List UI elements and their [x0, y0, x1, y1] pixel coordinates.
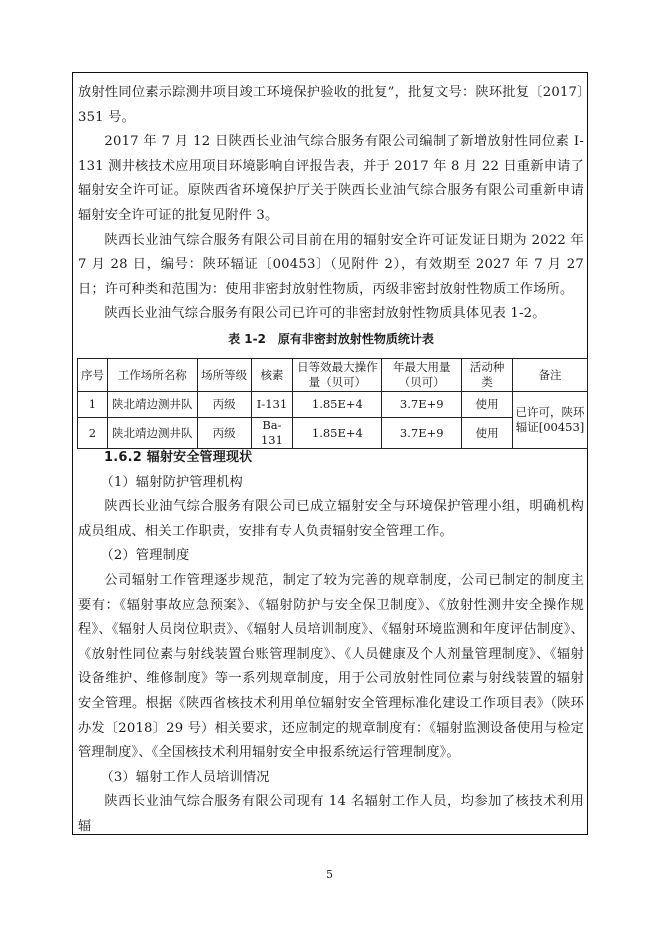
- paragraph-license-current: 陕西长业油气综合服务有限公司目前在用的辐射安全许可证发证日期为 2022 年 7…: [78, 229, 584, 303]
- table-row: 1 陕北靖边测井队 丙级 I-131 1.85E+4 3.7E+9 使用 已许可…: [78, 392, 588, 418]
- table-cell: 使用: [462, 392, 513, 418]
- table-cell: 陕北靖边测井队: [107, 392, 197, 418]
- table-cell: 陕北靖边测井队: [107, 418, 197, 449]
- page-number: 5: [326, 868, 333, 881]
- table-cell: 使用: [462, 418, 513, 449]
- table-cell: 丙级: [197, 392, 251, 418]
- header-cell: 场所等级: [197, 359, 251, 392]
- table-cell: Ba-131: [251, 418, 293, 449]
- section-heading: 1.6.2 辐射安全管理现状: [78, 446, 584, 471]
- subheading-training: （3）辐射工作人员培训情况: [78, 766, 584, 791]
- header-cell: 年最大用量（贝可）: [382, 359, 462, 392]
- table-cell: 丙级: [197, 418, 251, 449]
- header-cell: 核素: [251, 359, 293, 392]
- header-cell: 日等效最大操作量（贝可）: [293, 359, 382, 392]
- table-cell: 1: [78, 392, 108, 418]
- table-cell: I-131: [251, 392, 293, 418]
- header-cell: 序号: [78, 359, 108, 392]
- top-text-block: 放射性同位素示踪测井项目竣工环境保护验收的批复”，批复文号：陕环批复〔2017〕…: [78, 81, 584, 349]
- subheading-regulations: （2）管理制度: [78, 544, 584, 569]
- remark-cell: 已许可，陕环辐证[00453]: [513, 392, 588, 449]
- table-cell: 1.85E+4: [293, 418, 382, 449]
- table-cell: 1.85E+4: [293, 392, 382, 418]
- paragraph-table-reference: 陕西长业油气综合服务有限公司已许可的非密封放射性物质具体见表 1-2。: [78, 302, 584, 327]
- radioactive-materials-table: 序号 工作场所名称 场所等级 核素 日等效最大操作量（贝可） 年最大用量（贝可）…: [77, 358, 588, 449]
- subheading-organization: （1）辐射防护管理机构: [78, 471, 584, 496]
- header-cell: 备注: [513, 359, 588, 392]
- table-caption: 表 1-2 原有非密封放射性物质统计表: [78, 329, 584, 349]
- paragraph-training: 陕西长业油气综合服务有限公司现有 14 名辐射工作人员，均参加了核技术利用辐: [78, 790, 584, 839]
- section-1-6-2: 1.6.2 辐射安全管理现状 （1）辐射防护管理机构 陕西长业油气综合服务有限公…: [78, 446, 584, 840]
- table-row: 2 陕北靖边测井队 丙级 Ba-131 1.85E+4 3.7E+9 使用: [78, 418, 588, 449]
- table-cell: 3.7E+9: [382, 418, 462, 449]
- header-cell: 工作场所名称: [107, 359, 197, 392]
- table-cell: 2: [78, 418, 108, 449]
- paragraph-2017-report: 2017 年 7 月 12 日陕西长业油气综合服务有限公司编制了新增放射性同位素…: [78, 130, 584, 228]
- table-header-row: 序号 工作场所名称 场所等级 核素 日等效最大操作量（贝可） 年最大用量（贝可）…: [78, 359, 588, 392]
- header-cell: 活动种类: [462, 359, 513, 392]
- paragraph-approval-continued: 放射性同位素示踪测井项目竣工环境保护验收的批复”，批复文号：陕环批复〔2017〕…: [78, 81, 584, 130]
- paragraph-organization: 陕西长业油气综合服务有限公司已成立辐射安全与环境保护管理小组，明确机构成员组成、…: [78, 495, 584, 544]
- paragraph-regulations: 公司辐射工作管理逐步规范，制定了较为完善的规章制度，公司已制定的制度主要有：《辐…: [78, 569, 584, 766]
- table-cell: 3.7E+9: [382, 392, 462, 418]
